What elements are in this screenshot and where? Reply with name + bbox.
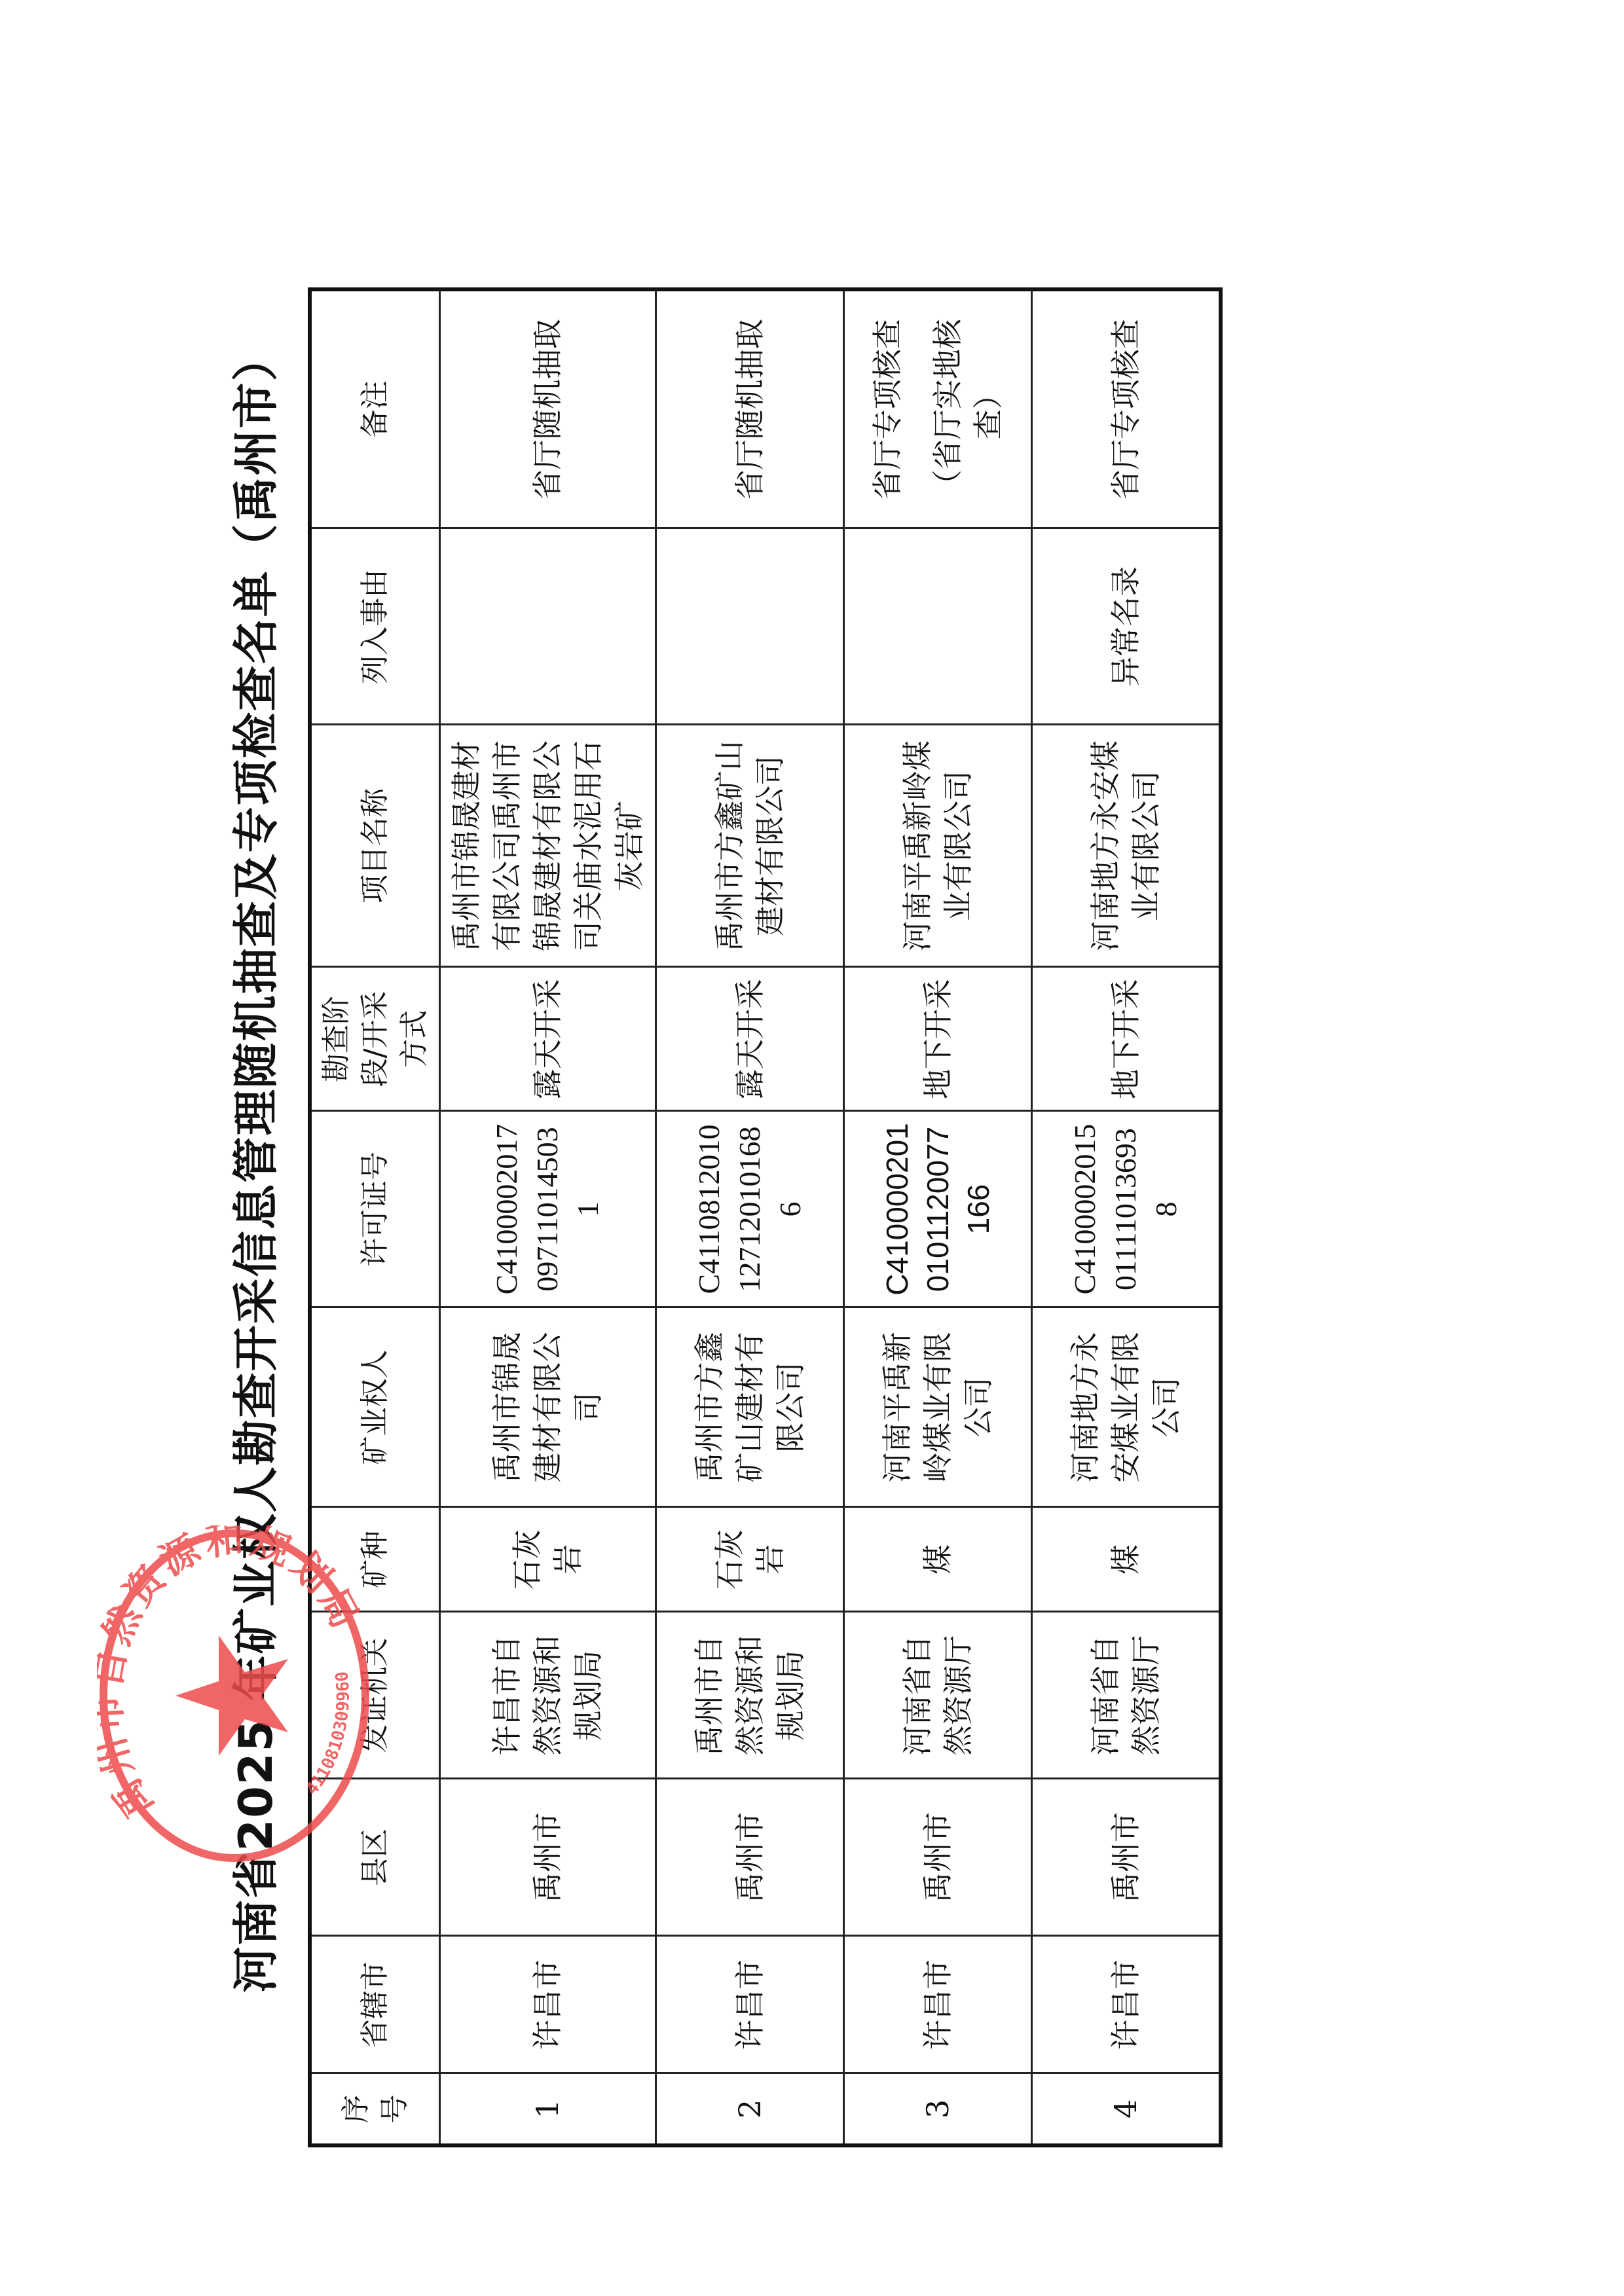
table-header-row: 序号 省辖市 县区 发证机关 矿种 矿业权人 许可证号 勘查阶段/开采方式 项目… (310, 289, 440, 2145)
cell-method: 地下开采 (1031, 967, 1221, 1111)
cell-index: 3 (843, 2073, 1031, 2145)
cell-method: 露天开采 (440, 967, 655, 1111)
table-row: 2 许昌市 禹州市 禹州市自然资源和规划局 石灰岩 禹州市方鑫矿山建材有限公司 … (655, 289, 843, 2145)
note-main: 省厅专项核查 (1108, 319, 1143, 500)
cell-authority: 禹州市自然资源和规划局 (655, 1612, 843, 1779)
cell-index: 1 (440, 2073, 655, 2145)
cell-city: 许昌市 (655, 1936, 843, 2073)
cell-license: C4100002015011110136938 (1031, 1111, 1221, 1307)
cell-project: 河南地方永安煤业有限公司 (1031, 725, 1221, 967)
cell-index: 4 (1031, 2073, 1221, 2145)
cell-county: 禹州市 (1031, 1779, 1221, 1936)
cell-mineral: 煤 (1031, 1507, 1221, 1612)
cell-mineral: 煤 (843, 1507, 1031, 1612)
landscape-page: 河南省2025 年矿业权人勘查开采信息管理随机抽查及专项检查名单（禹州市） 序号… (0, 0, 1624, 2296)
note-main: 省厅专项核查 (870, 319, 905, 500)
header-method: 勘查阶段/开采方式 (310, 967, 440, 1111)
cell-holder: 河南平禹新岭煤业有限公司 (843, 1307, 1031, 1507)
cell-authority: 许昌市自然资源和规划局 (440, 1612, 655, 1779)
cell-city: 许昌市 (843, 1936, 1031, 2073)
header-mineral: 矿种 (310, 1507, 440, 1612)
note-sub: （省厅实地核查） (927, 301, 1008, 519)
header-county: 县区 (310, 1779, 440, 1936)
cell-reason (655, 528, 843, 725)
table-row: 3 许昌市 禹州市 河南省自然资源厅 煤 河南平禹新岭煤业有限公司 C41000… (843, 289, 1031, 2145)
cell-mineral: 石灰岩 (655, 1507, 843, 1612)
cell-authority: 河南省自然资源厅 (843, 1612, 1031, 1779)
inspection-list-table: 序号 省辖市 县区 发证机关 矿种 矿业权人 许可证号 勘查阶段/开采方式 项目… (308, 287, 1223, 2147)
cell-note: 省厅随机抽取 (440, 289, 655, 528)
cell-reason (440, 528, 655, 725)
cell-reason (843, 528, 1031, 725)
cell-license: C4100002010101120077166 (843, 1111, 1031, 1307)
cell-holder: 禹州市方鑫矿山建材有限公司 (655, 1307, 843, 1507)
cell-authority: 河南省自然资源厅 (1031, 1612, 1221, 1779)
cell-holder: 禹州市锦晟建材有限公司 (440, 1307, 655, 1507)
cell-mineral: 石灰岩 (440, 1507, 655, 1612)
cell-city: 许昌市 (1031, 1936, 1221, 2073)
header-project: 项目名称 (310, 725, 440, 967)
cell-note: 省厅随机抽取 (655, 289, 843, 528)
cell-project: 河南平禹新岭煤业有限公司 (843, 725, 1031, 967)
cell-note: 省厅专项核查 （省厅实地核查） (843, 289, 1031, 528)
cell-index: 2 (655, 2073, 843, 2145)
header-index: 序号 (310, 2073, 440, 2145)
cell-holder: 河南地方永安煤业有限公司 (1031, 1307, 1221, 1507)
header-authority: 发证机关 (310, 1612, 440, 1779)
table-row: 1 许昌市 禹州市 许昌市自然资源和规划局 石灰岩 禹州市锦晟建材有限公司 C4… (440, 289, 655, 2145)
page-title: 河南省2025 年矿业权人勘查开采信息管理随机抽查及专项检查名单（禹州市） (216, 214, 288, 2113)
cell-project: 禹州市锦晟建材有限公司禹州市锦晟建材有限公司关庙水泥用石灰岩矿 (440, 725, 655, 967)
cell-license: C4110812010127120101686 (655, 1111, 843, 1307)
cell-note: 省厅专项核查 (1031, 289, 1221, 528)
header-license: 许可证号 (310, 1111, 440, 1307)
header-reason: 列入事由 (310, 528, 440, 725)
header-holder: 矿业权人 (310, 1307, 440, 1507)
cell-county: 禹州市 (655, 1779, 843, 1936)
cell-method: 地下开采 (843, 967, 1031, 1111)
cell-project: 禹州市方鑫矿山建材有限公司 (655, 725, 843, 967)
cell-city: 许昌市 (440, 1936, 655, 2073)
table-row: 4 许昌市 禹州市 河南省自然资源厅 煤 河南地方永安煤业有限公司 C41000… (1031, 289, 1221, 2145)
cell-reason: 异常名录 (1031, 528, 1221, 725)
note-main: 省厅随机抽取 (530, 319, 565, 500)
note-main: 省厅随机抽取 (732, 319, 767, 500)
header-note: 备注 (310, 289, 440, 528)
header-city: 省辖市 (310, 1936, 440, 2073)
cell-license: C4100002017097110145031 (440, 1111, 655, 1307)
cell-county: 禹州市 (440, 1779, 655, 1936)
cell-county: 禹州市 (843, 1779, 1031, 1936)
cell-method: 露天开采 (655, 967, 843, 1111)
